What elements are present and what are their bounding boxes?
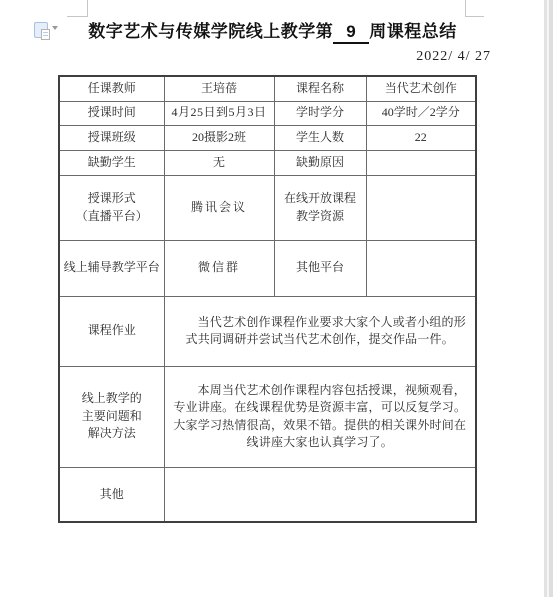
open-course-resources-value[interactable] [366,175,476,240]
class-label: 授课班级 [59,125,164,150]
course-name-label: 课程名称 [274,76,366,101]
other-platform-label: 其他平台 [274,240,366,296]
homework-label: 课程作业 [59,296,164,366]
other-platform-value[interactable] [366,240,476,296]
title-week-number: 9 [333,22,369,44]
margin-crop-mark-left [87,0,88,16]
document-page: 数字艺术与传媒学院线上教学第9周课程总结 2022/ 4/ 27 任课教师 王培… [0,0,553,597]
absent-students-label: 缺勤学生 [59,150,164,175]
student-count-label: 学生人数 [274,125,366,150]
class-value[interactable]: 20摄影2班 [164,125,274,150]
credit-hours-value[interactable]: 40学时／2学分 [366,101,476,125]
absence-reason-value[interactable] [366,150,476,175]
absent-students-value[interactable]: 无 [164,150,274,175]
issues-solutions-label: 线上教学的 主要问题和 解决方法 [59,366,164,467]
issues-solutions-value[interactable]: 本周当代艺术创作课程内容包括授课，视频观看，专业讲座。在线课程优势是资源丰富，可… [164,366,476,467]
course-summary-table: 任课教师 王培蓓 课程名称 当代艺术创作 授课时间 4月25日到5月3日 学时学… [58,75,477,523]
doc-title: 数字艺术与传媒学院线上教学第9周课程总结 [0,17,545,44]
teaching-form-label: 授课形式 （直播平台） [59,175,164,240]
absence-reason-label: 缺勤原因 [274,150,366,175]
title-suffix: 周课程总结 [369,22,457,41]
other-value[interactable] [164,467,476,522]
page-edge-strip [544,0,553,597]
tutoring-platform-value[interactable]: 微信群 [164,240,274,296]
other-label: 其他 [59,467,164,522]
teaching-time-label: 授课时间 [59,101,164,125]
margin-crop-mark-right [465,0,466,16]
live-platform-value[interactable]: 腾讯会议 [164,175,274,240]
tutoring-platform-label: 线上辅导教学平台 [59,240,164,296]
open-course-resources-label: 在线开放课程 教学资源 [274,175,366,240]
doc-date: 2022/ 4/ 27 [416,49,491,65]
teacher-label: 任课教师 [59,76,164,101]
teacher-value[interactable]: 王培蓓 [164,76,274,101]
homework-value[interactable]: 当代艺术创作课程作业要求大家个人或者小组的形式共同调研并尝试当代艺术创作，提交作… [164,296,476,366]
teaching-time-value[interactable]: 4月25日到5月3日 [164,101,274,125]
student-count-value[interactable]: 22 [366,125,476,150]
course-name-value[interactable]: 当代艺术创作 [366,76,476,101]
title-prefix: 数字艺术与传媒学院线上教学第 [88,22,333,41]
credit-hours-label: 学时学分 [274,101,366,125]
